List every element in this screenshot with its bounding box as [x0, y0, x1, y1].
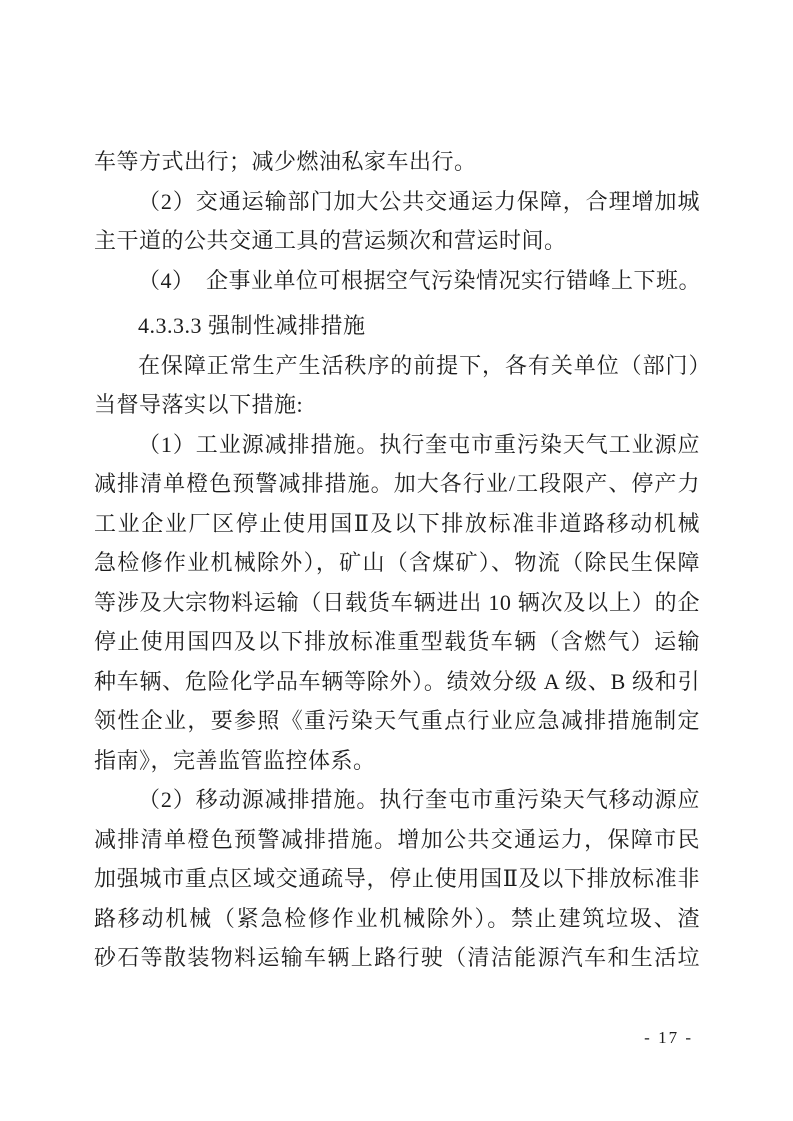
text-line: （2）移动源减排措施。执行奎屯市重污染天气移动源应急 [94, 780, 700, 820]
text-line: 在保障正常生产生活秩序的前提下，各有关单位（部门）应 [94, 346, 700, 386]
text-line: 车等方式出行；减少燃油私家车出行。 [94, 142, 700, 182]
text-line: 减排清单橙色预警减排措施。加大各行业/工段限产、停产力度。 [94, 464, 700, 504]
text-line: 停止使用国四及以下排放标准重型载货车辆（含燃气）运输（特 [94, 622, 700, 662]
text-line: 指南》，完善监管监控体系。 [94, 741, 700, 781]
section-heading: 4.3.3.3 强制性减排措施 [94, 306, 700, 346]
text-line: 砂石等散装物料运输车辆上路行驶（清洁能源汽车和生活垃圾清 [94, 938, 700, 978]
text-line: 路移动机械（紧急检修作业机械除外）。禁止建筑垃圾、渣土、 [94, 899, 700, 939]
text-line: 主干道的公共交通工具的营运频次和营运时间。 [94, 221, 700, 261]
text-line: 急检修作业机械除外），矿山（含煤矿）、物流（除民生保障类） [94, 543, 700, 583]
text-line: 种车辆、危险化学品车辆等除外）。绩效分级 A 级、B 级和引 [94, 662, 700, 702]
text-line: （2）交通运输部门加大公共交通运力保障，合理增加城市 [94, 182, 700, 222]
text-line: 减排清单橙色预警减排措施。增加公共交通运力，保障市民出行。 [94, 820, 700, 860]
text-line: 工业企业厂区停止使用国Ⅱ及以下排放标准非道路移动机械（紧 [94, 504, 700, 544]
text-line: 等涉及大宗物料运输（日载货车辆进出 10 辆次及以上）的企业， [94, 583, 700, 623]
text-line: 领性企业，要参照《重污染天气重点行业应急减排措施制定技术 [94, 701, 700, 741]
page-number: - 17 - [644, 1026, 693, 1050]
text-line: （4） 企事业单位可根据空气污染情况实行错峰上下班。 [94, 261, 700, 301]
text-line: 当督导落实以下措施: [94, 385, 700, 425]
document-body: 车等方式出行；减少燃油私家车出行。 （2）交通运输部门加大公共交通运力保障，合理… [94, 142, 700, 978]
text-line: （1）工业源减排措施。执行奎屯市重污染天气工业源应急 [94, 425, 700, 465]
text-line: 加强城市重点区域交通疏导，停止使用国Ⅱ及以下排放标准非道 [94, 859, 700, 899]
document-page: 车等方式出行；减少燃油私家车出行。 （2）交通运输部门加大公共交通运力保障，合理… [0, 0, 793, 1121]
